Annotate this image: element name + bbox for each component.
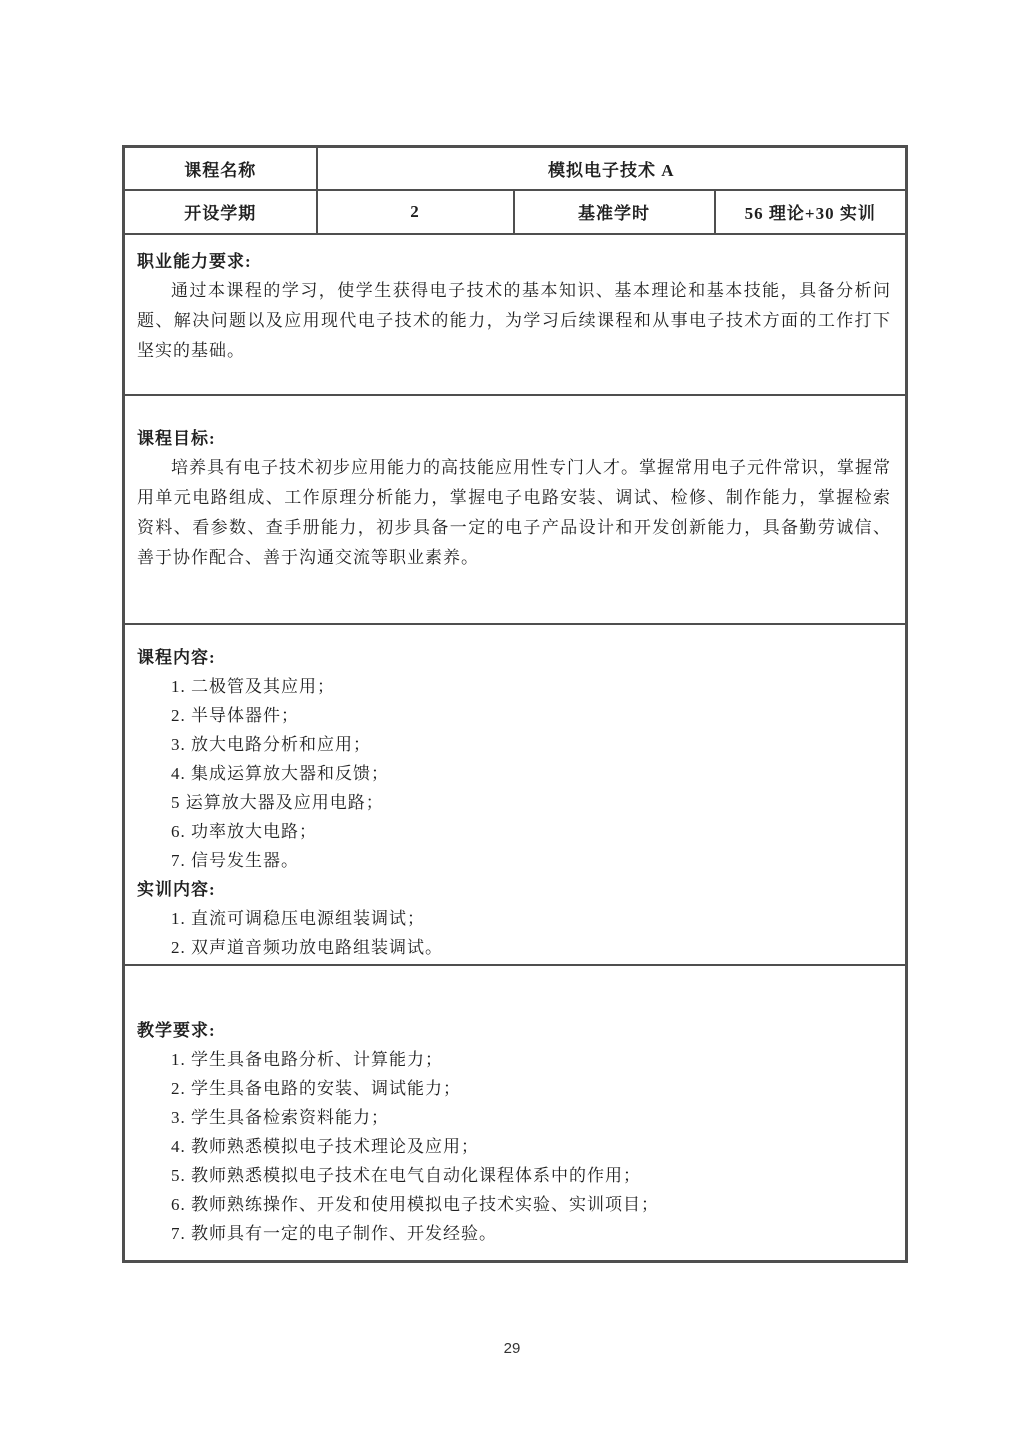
course-name-value: 模拟电子技术 A [317, 147, 907, 190]
ability-section-row: 职业能力要求: 通过本课程的学习，使学生获得电子技术的基本知识、基本理论和基本技… [124, 234, 907, 395]
teaching-heading: 教学要求: [137, 1016, 891, 1045]
teaching-item: 4. 教师熟悉模拟电子技术理论及应用； [137, 1132, 891, 1161]
page-number: 29 [0, 1340, 1024, 1357]
objectives-section-row: 课程目标: 培养具有电子技术初步应用能力的高技能应用性专门人才。掌握常用电子元件… [124, 395, 907, 624]
semester-label: 开设学期 [124, 190, 317, 234]
objectives-heading: 课程目标: [137, 424, 891, 453]
hours-label: 基准学时 [514, 190, 715, 234]
content-item: 7. 信号发生器。 [137, 846, 891, 875]
practice-item: 2. 双声道音频功放电路组装调试。 [137, 933, 891, 962]
practice-item: 1. 直流可调稳压电源组装调试； [137, 904, 891, 933]
content-item: 1. 二极管及其应用； [137, 672, 891, 701]
content-section-row: 课程内容: 1. 二极管及其应用； 2. 半导体器件； 3. 放大电路分析和应用… [124, 624, 907, 965]
practice-subheading: 实训内容: [137, 875, 891, 904]
teaching-item: 6. 教师熟练操作、开发和使用模拟电子技术实验、实训项目； [137, 1190, 891, 1219]
teaching-item: 2. 学生具备电路的安装、调试能力； [137, 1074, 891, 1103]
content-item: 3. 放大电路分析和应用； [137, 730, 891, 759]
objectives-section: 课程目标: 培养具有电子技术初步应用能力的高技能应用性专门人才。掌握常用电子元件… [124, 395, 907, 624]
course-name-row: 课程名称 模拟电子技术 A [124, 147, 907, 190]
teaching-item: 1. 学生具备电路分析、计算能力； [137, 1045, 891, 1074]
teaching-item: 3. 学生具备检索资料能力； [137, 1103, 891, 1132]
hours-value: 56 理论+30 实训 [715, 190, 907, 234]
ability-section: 职业能力要求: 通过本课程的学习，使学生获得电子技术的基本知识、基本理论和基本技… [124, 234, 907, 395]
semester-value: 2 [317, 190, 514, 234]
ability-heading: 职业能力要求: [137, 247, 891, 276]
content-heading: 课程内容: [137, 643, 891, 672]
teaching-section-row: 教学要求: 1. 学生具备电路分析、计算能力； 2. 学生具备电路的安装、调试能… [124, 965, 907, 1262]
teaching-item: 7. 教师具有一定的电子制作、开发经验。 [137, 1219, 891, 1248]
course-syllabus-table: 课程名称 模拟电子技术 A 开设学期 2 基准学时 56 理论+30 实训 职业… [122, 145, 908, 1263]
content-section: 课程内容: 1. 二极管及其应用； 2. 半导体器件； 3. 放大电路分析和应用… [124, 624, 907, 965]
content-item: 2. 半导体器件； [137, 701, 891, 730]
course-name-label: 课程名称 [124, 147, 317, 190]
semester-hours-row: 开设学期 2 基准学时 56 理论+30 实训 [124, 190, 907, 234]
content-item: 4. 集成运算放大器和反馈； [137, 759, 891, 788]
ability-paragraph: 通过本课程的学习，使学生获得电子技术的基本知识、基本理论和基本技能，具备分析问题… [137, 276, 891, 366]
teaching-item: 5. 教师熟悉模拟电子技术在电气自动化课程体系中的作用； [137, 1161, 891, 1190]
content-item: 6. 功率放大电路； [137, 817, 891, 846]
objectives-paragraph: 培养具有电子技术初步应用能力的高技能应用性专门人才。掌握常用电子元件常识，掌握常… [137, 453, 891, 573]
teaching-section: 教学要求: 1. 学生具备电路分析、计算能力； 2. 学生具备电路的安装、调试能… [124, 965, 907, 1262]
content-item: 5 运算放大器及应用电路； [137, 788, 891, 817]
